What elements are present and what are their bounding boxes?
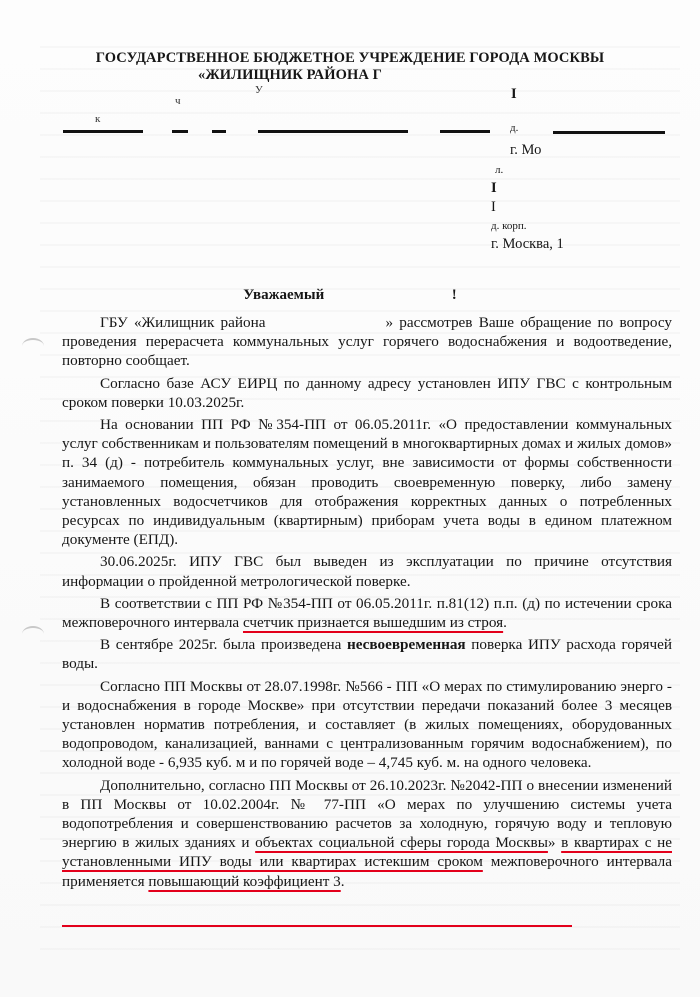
text: В сентябре 2025г. была произведена bbox=[100, 636, 347, 653]
scanned-letter-page: ГОСУДАРСТВЕННОЕ БЮДЖЕТНОЕ УЧРЕЖДЕНИЕ ГОР… bbox=[0, 0, 700, 997]
paragraph: Дополнительно, согласно ПП Москвы от 26.… bbox=[62, 776, 672, 891]
red-underlined-text: объектах социальной сферы города Москвы bbox=[255, 834, 548, 851]
punch-hole-mark bbox=[22, 626, 44, 642]
addressee-line: I bbox=[491, 180, 497, 197]
paragraph: На основании ПП РФ №354-ПП от 06.05.2011… bbox=[62, 415, 672, 549]
paragraph: Согласно базе АСУ ЕИРЦ по данному адресу… bbox=[62, 374, 672, 412]
redaction-rule bbox=[440, 130, 490, 133]
addressee-line: I bbox=[491, 199, 496, 216]
redacted-fragment: У bbox=[255, 84, 263, 96]
salutation-end: ! bbox=[452, 287, 457, 303]
redacted-fragment: I bbox=[511, 86, 517, 103]
bold-text: несвоевременная bbox=[347, 636, 466, 653]
text: . bbox=[341, 873, 345, 890]
org-name-line2: «ЖИЛИЩНИК РАЙОНА Г bbox=[0, 67, 640, 84]
redaction-rule bbox=[212, 130, 226, 133]
addressee-city: г. Москва, 1 bbox=[491, 236, 564, 253]
paragraph: Согласно ПП Москвы от 28.07.1998г. №566 … bbox=[62, 677, 672, 773]
text: ГБУ «Жилищник района bbox=[100, 314, 265, 331]
paragraph: 30.06.2025г. ИПУ ГВС был выведен из эксп… bbox=[62, 552, 672, 590]
punch-hole-mark bbox=[22, 338, 44, 354]
redaction-rule bbox=[258, 130, 408, 133]
redaction-rule bbox=[553, 131, 665, 134]
paragraph: В соответствии с ПП РФ №354-ПП от 06.05.… bbox=[62, 594, 672, 632]
letter-body: ГБУ «Жилищник района» рассмотрев Ваше об… bbox=[62, 313, 672, 894]
red-annotation-line bbox=[62, 925, 572, 927]
redacted-fragment: ч bbox=[175, 95, 181, 107]
addressee-city: г. Мо bbox=[510, 142, 541, 159]
redaction-rule bbox=[63, 130, 143, 133]
redaction-rule bbox=[172, 130, 188, 133]
text: . bbox=[503, 614, 507, 631]
redacted-fragment: к bbox=[95, 113, 100, 125]
addressee-line: л. bbox=[495, 164, 503, 176]
salutation: Уважаемый ! bbox=[0, 287, 700, 304]
text: » bbox=[548, 834, 561, 851]
salutation-text: Уважаемый bbox=[243, 287, 324, 303]
paragraph: В сентябре 2025г. была произведена несво… bbox=[62, 635, 672, 673]
org-name-line1: ГОСУДАРСТВЕННОЕ БЮДЖЕТНОЕ УЧРЕЖДЕНИЕ ГОР… bbox=[0, 50, 700, 67]
paragraph: ГБУ «Жилищник района» рассмотрев Ваше об… bbox=[62, 313, 672, 371]
red-underlined-text: повышающий коэффициент 3 bbox=[148, 873, 340, 890]
red-underlined-text: счетчик признается вышедшим из строя bbox=[243, 614, 503, 631]
addressee-house: д. корп. bbox=[491, 220, 527, 232]
addressee-house: д. bbox=[510, 122, 518, 134]
